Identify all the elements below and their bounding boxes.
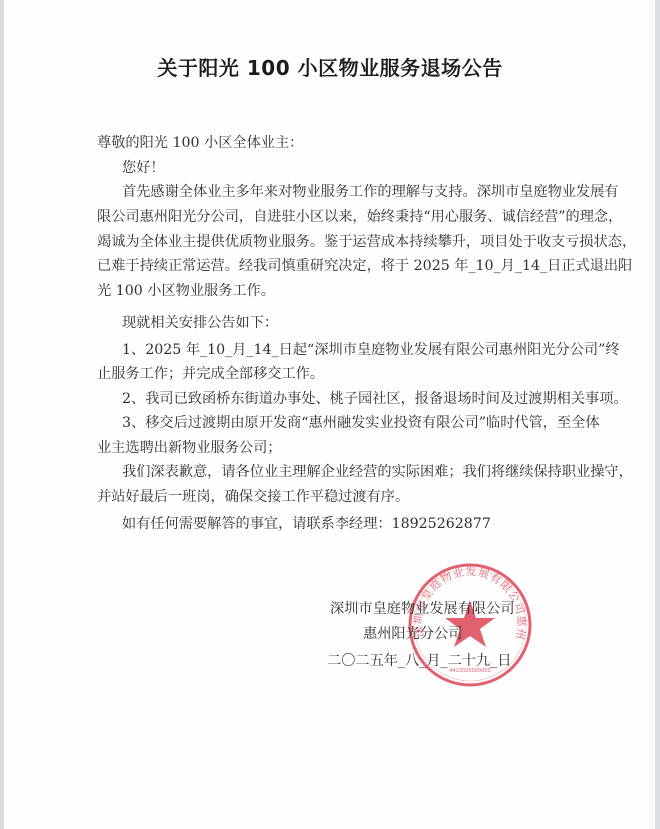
apology-line-2: 并站好最后一班岗，确保交接工作平稳过渡有序。: [97, 487, 409, 507]
body-line-3: 竭诚为全体业主提供优质物业服务。鉴于运营成本持续攀升，项目处于收支亏损状态，: [97, 232, 636, 252]
greeting: 您好！: [122, 158, 165, 178]
document-title: 关于阳光 100 小区物业服务退场公告: [0, 52, 660, 81]
body-line-4: 已难于持续正常运营。经我司慎重研究决定，将于 2025 年_10_月_14_日正…: [97, 256, 632, 276]
arrangement-intro: 现就相关安排公告如下：: [122, 313, 278, 333]
body-line-5: 光 100 小区物业服务工作。: [97, 281, 275, 301]
salutation: 尊敬的阳光 100 小区全体业主：: [97, 133, 303, 153]
item-3-line-2: 业主选聘出新物业服务公司；: [97, 438, 281, 458]
item-1-line-1: 1、2025 年_10_月_14_日起“深圳市皇庭物业发展有限公司惠州阳光分公司…: [122, 340, 620, 360]
body-line-2: 限公司惠州阳光分公司，自进驻小区以来，始终秉持“用心服务、诚信经营”的理念，: [97, 207, 622, 227]
apology-line-1: 我们深表歉意，请各位业主理解企业经营的实际困难；我们将继续保持职业操守，: [122, 462, 633, 482]
item-3-line-1: 3、移交后过渡期由原开发商“惠州融发实业投资有限公司”临时代管，至全体: [122, 413, 600, 433]
item-2-line-1: 2、我司已致函桥东街道办事处、桃子园社区，报备退场时间及过渡期相关事项。: [122, 389, 628, 409]
item-1-line-2: 止服务工作；并完成全部移交工作。: [97, 364, 324, 384]
contact-line: 如有任何需要解答的事宜，请联系李经理：18925262877: [122, 514, 491, 534]
signature-date: 二〇二五年_八_月_二十九_日: [327, 651, 511, 671]
scrollbar-edge: [655, 0, 660, 829]
signature-company: 深圳市皇庭物业发展有限公司: [330, 599, 514, 619]
signature-branch: 惠州阳光分公司: [363, 624, 462, 644]
body-line-1: 首先感谢全体业主多年来对物业服务工作的理解与支持。深圳市皇庭物业发展有: [122, 182, 619, 202]
